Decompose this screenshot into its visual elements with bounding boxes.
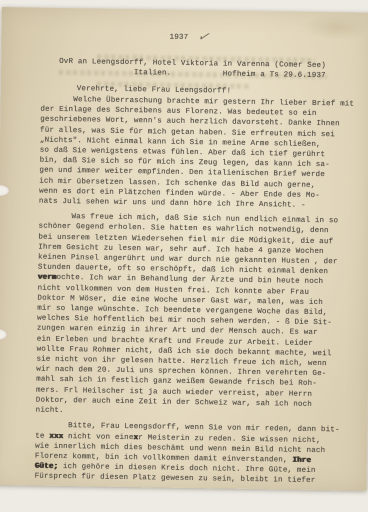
pencil-checkmark-icon: ✓ xyxy=(195,29,213,46)
paragraph: Bitte, Frau Leengsdorff, wenn Sie von mi… xyxy=(35,421,342,487)
punch-hole xyxy=(0,329,7,340)
overtyped-text: xxx xyxy=(49,432,63,440)
overtyped-text: x xyxy=(134,434,139,442)
overtyped-text: Ihre xyxy=(292,457,311,465)
overtyped-text: verm xyxy=(38,274,57,282)
letter-year: 1937 xyxy=(169,33,188,43)
paper-stain xyxy=(302,14,368,41)
letter-paper: 1937 ✓ OvR an Leengsdorff, Hotel Viktori… xyxy=(0,7,368,491)
paragraph: Was freue ich mich, daß Sie sich nun end… xyxy=(36,212,345,421)
letter-body: Welche Überraschung brachte mir gestern … xyxy=(34,95,346,492)
paragraph: Welche Überraschung brachte mir gestern … xyxy=(39,95,347,212)
scanned-letter-page: 1937 ✓ OvR an Leengsdorff, Hotel Viktori… xyxy=(0,0,368,512)
punch-hole xyxy=(0,185,9,196)
address-block: OvR an Leengsdorff, Hotel Viktoria in Va… xyxy=(59,57,326,82)
overtyped-text: Güte; xyxy=(35,463,59,471)
